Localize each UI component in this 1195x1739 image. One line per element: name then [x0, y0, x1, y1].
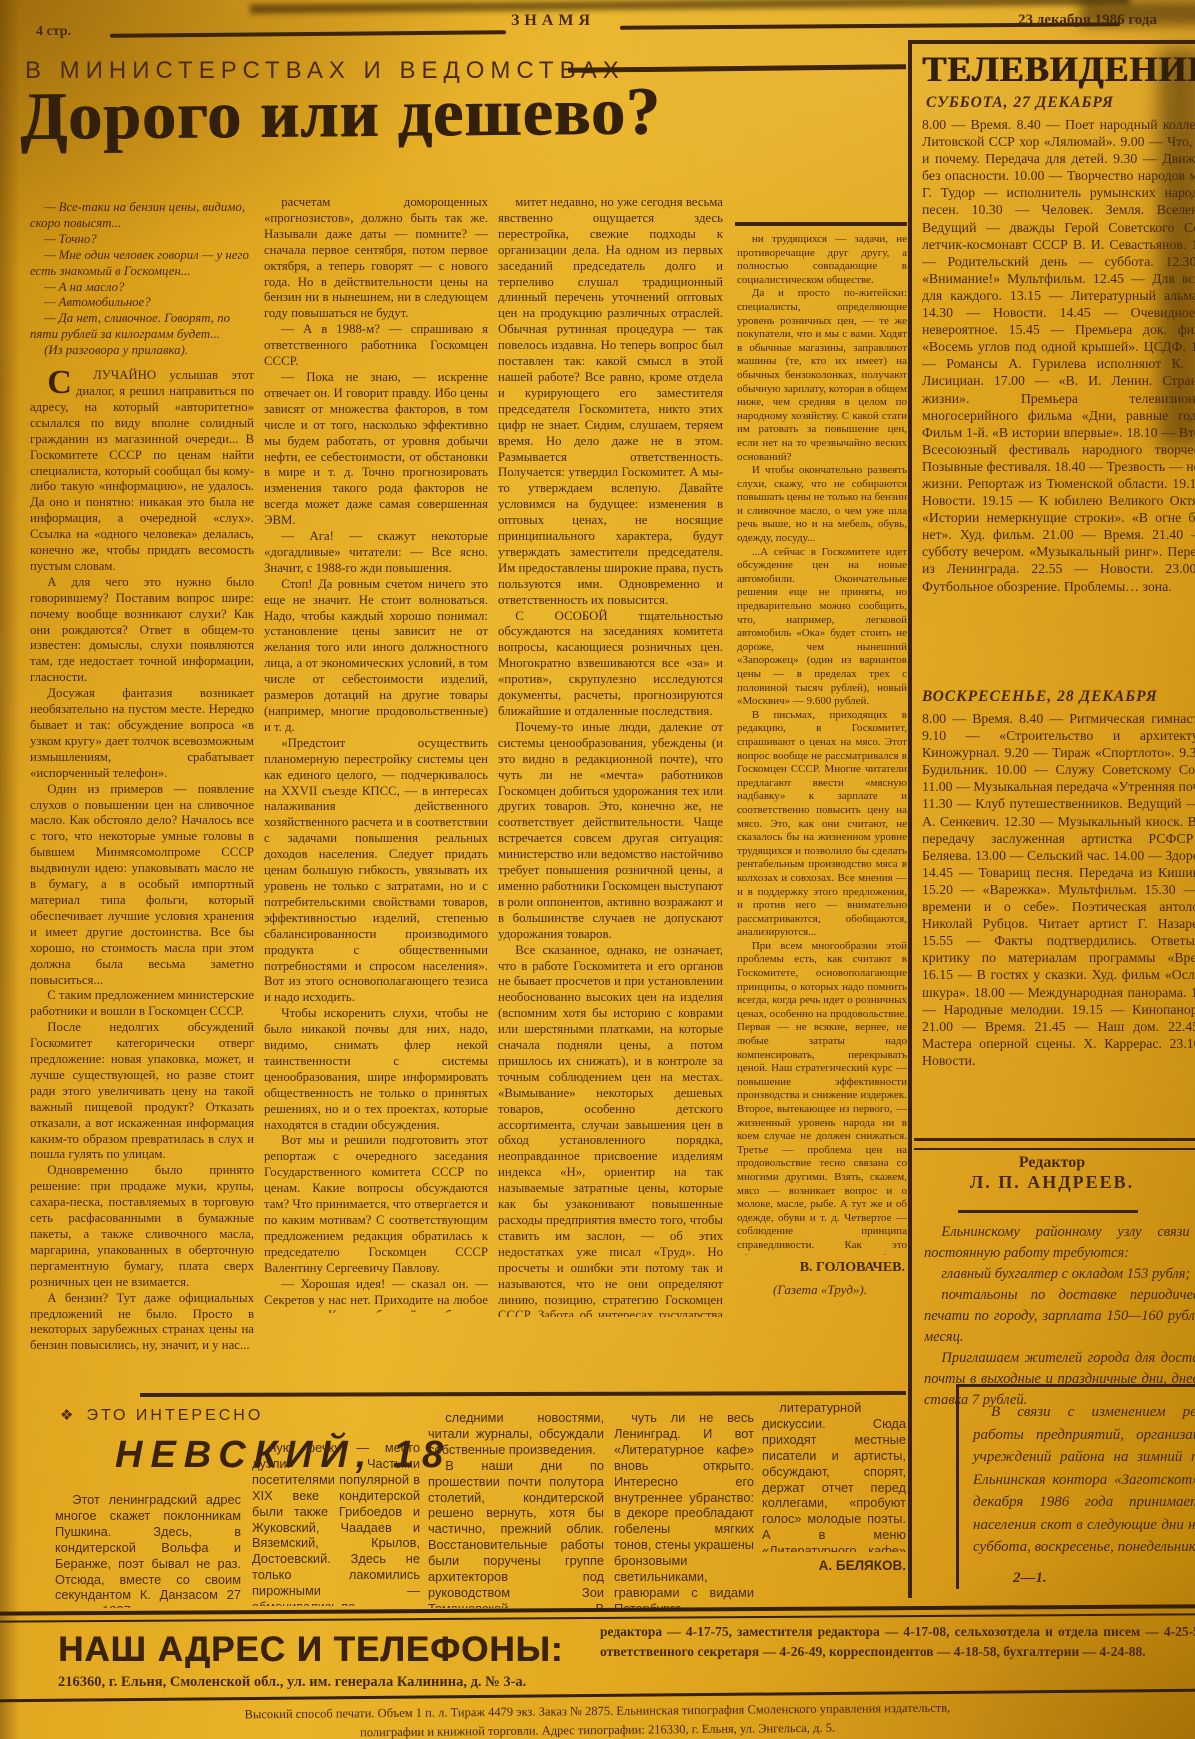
masthead: ЗНАМЯ — [498, 12, 608, 30]
newspaper-page: 4 стр. ЗНАМЯ 23 декабря 1986 года В МИНИ… — [0, 0, 1195, 1739]
article-headline: Дорого или дешево? — [20, 74, 961, 150]
footer-address: 216360, г. Ельня, Смоленской обл., ул. и… — [58, 1674, 598, 1691]
nevsky-column-1: Этот ленинградский адрес многое скажет п… — [55, 1492, 241, 1608]
tv-listing-sunday: 8.00 — Время. 8.40 — Ритмическая гимнаст… — [922, 710, 1195, 1128]
tv-program-box: ТЕЛЕВИДЕНИЕ СУББОТА, 27 ДЕКАБРЯ 8.00 — В… — [908, 40, 1195, 1598]
tv-day-saturday: СУББОТА, 27 ДЕКАБРЯ — [926, 94, 1114, 112]
article-column-1: — Все-таки на бензин цены, видимо, скоро… — [30, 200, 254, 1380]
issue-date: 23 декабря 1986 года — [1018, 12, 1157, 29]
tv-day-sunday: ВОСКРЕСЕНЬЕ, 28 ДЕКАБРЯ — [922, 688, 1158, 706]
nevsky-column-5: литературной дискуссии. Сюда приходят ме… — [762, 1400, 906, 1552]
tv-section-title: ТЕЛЕВИДЕНИЕ — [922, 48, 1195, 90]
tv-box-top-rule — [912, 40, 1195, 44]
column-4-top-rule — [735, 222, 907, 226]
divider-rule — [914, 1138, 1195, 1150]
editor-block: Редактор Л. П. АНДРЕЕВ. — [922, 1154, 1182, 1193]
page-number: 4 стр. — [36, 24, 71, 40]
article-intro-dialogue: — Все-таки на бензин цены, видимо, скоро… — [30, 200, 254, 359]
divider-rule — [958, 1210, 1138, 1213]
article-column-4: ни трудящихся — задачи, не противоречащи… — [737, 233, 907, 1255]
scan-artifact — [250, 0, 1130, 14]
imprint-block: Высокий способ печати. Объем 1 п. л. Тир… — [0, 1696, 1195, 1739]
header-rule-left — [110, 30, 506, 37]
nevsky-column-2: ную речку — место дуэли. Частыми посетит… — [252, 1440, 420, 1606]
nevsky-column-4: чуть ли не весь Ленинград. И вот «Литера… — [614, 1410, 754, 1608]
footer-address-title: НАШ АДРЕС И ТЕЛЕФОНЫ: — [58, 1630, 563, 1670]
nevsky-column-3: следними новостями, читали журналы, обсу… — [428, 1410, 604, 1608]
article-column-1-text: СЛУЧАЙНО услышав этот диалог, я решил на… — [30, 368, 254, 1354]
footer-phones: редактора — 4-17-75, заместителя редакто… — [600, 1622, 1195, 1661]
classified-ad-zagotskot: В связи с изменением режима работы предп… — [956, 1384, 1195, 1589]
article-signature-note: (Газета «Труд»). — [735, 1282, 905, 1298]
article-signature: В. ГОЛОВАЧЕВ. — [735, 1260, 905, 1276]
interesting-kicker: ❖ЭТО ИНТЕРЕСНО — [60, 1406, 263, 1425]
article-column-3: митет недавно, но уже сегодня весьма явс… — [498, 195, 723, 1317]
diamond-ornament-icon: ❖ — [60, 1407, 76, 1424]
tv-listing-saturday: 8.00 — Время. 8.40 — Поет народный колле… — [922, 116, 1195, 680]
article-column-2: расчетам доморощенных «прогнозистов», до… — [264, 195, 488, 1313]
ad-text: В связи с изменением режима работы предп… — [973, 1401, 1195, 1559]
ad-series-mark: 2—1. — [1013, 1567, 1195, 1590]
section-rule — [140, 1391, 906, 1397]
nevsky-signature: А. БЕЛЯКОВ. — [762, 1558, 906, 1573]
editor-name: Л. П. АНДРЕЕВ. — [922, 1172, 1182, 1193]
editor-label: Редактор — [922, 1154, 1182, 1172]
interesting-kicker-label: ЭТО ИНТЕРЕСНО — [86, 1407, 263, 1424]
